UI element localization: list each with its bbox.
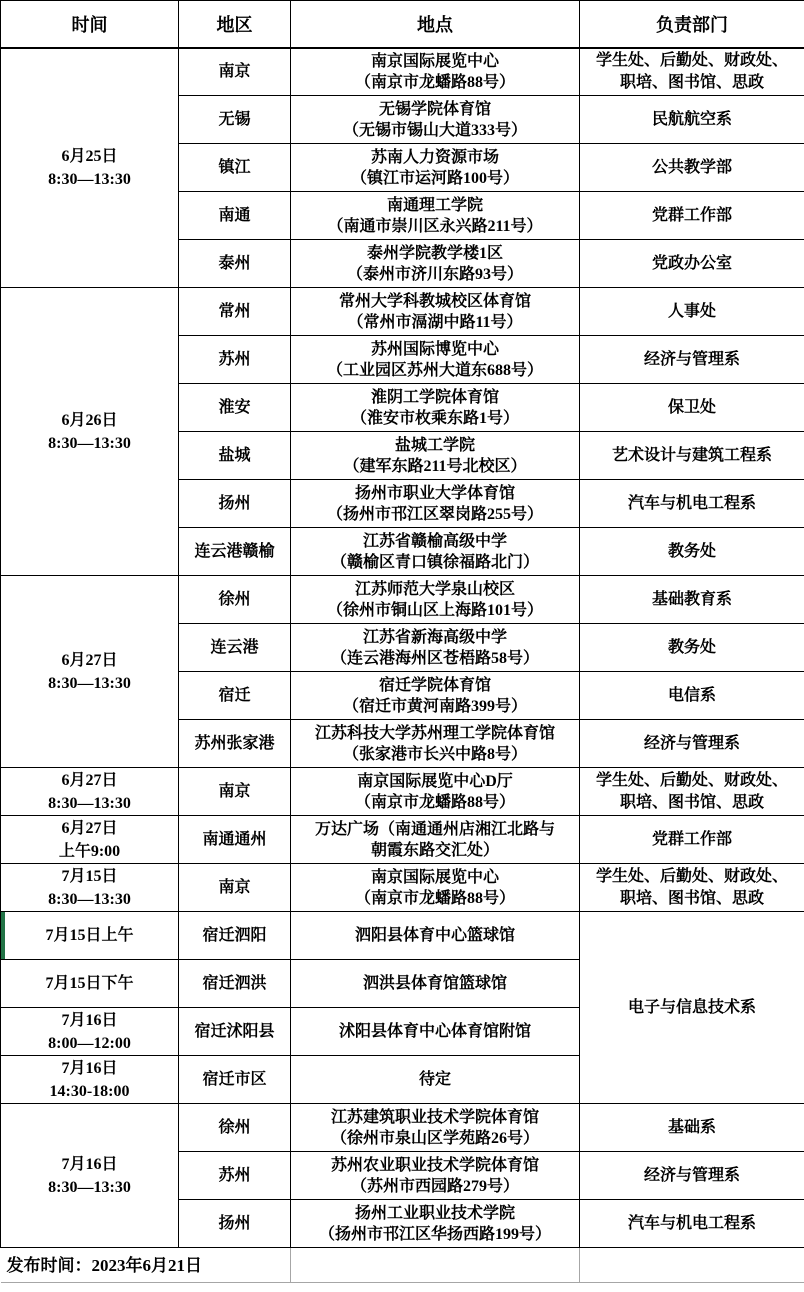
region-text: 南京 — [179, 877, 290, 898]
region-cell: 无锡 — [179, 96, 291, 144]
place-text: 沭阳县体育中心体育馆附馆 — [291, 1021, 579, 1042]
place-text: （南京市龙蟠路88号） — [291, 72, 579, 93]
time-cell: 6月27日8:30—13:30 — [1, 768, 179, 816]
dept-text: 职培、图书馆、思政 — [580, 72, 804, 94]
dept-cell: 保卫处 — [580, 384, 804, 432]
place-cell: 待定 — [291, 1056, 580, 1104]
place-text: （南京市龙蟠路88号） — [291, 792, 579, 813]
table-row: 6月27日上午9:00南通通州万达广场（南通通州店湘江北路与朝霞东路交汇处）党群… — [1, 816, 804, 864]
table-row: 6月27日8:30—13:30南京南京国际展览中心D厅（南京市龙蟠路88号）学生… — [1, 768, 804, 816]
region-cell: 宿迁市区 — [179, 1056, 291, 1104]
time-cell: 6月27日8:30—13:30 — [1, 576, 179, 768]
place-text: （无锡市锡山大道333号） — [291, 120, 579, 141]
region-cell: 泰州 — [179, 240, 291, 288]
place-cell: 南京国际展览中心（南京市龙蟠路88号） — [291, 48, 580, 96]
place-text: 南京国际展览中心D厅 — [291, 771, 579, 792]
dept-cell: 党群工作部 — [580, 192, 804, 240]
column-header-dept: 负责部门 — [580, 1, 804, 48]
place-text: （建军东路211号北校区） — [291, 456, 579, 477]
time-text: 上午9:00 — [1, 840, 178, 863]
dept-cell: 汽车与机电工程系 — [580, 480, 804, 528]
region-text: 宿迁泗洪 — [179, 973, 290, 994]
place-text: （南京市龙蟠路88号） — [291, 888, 579, 909]
time-text: 6月27日 — [1, 649, 178, 672]
dept-text: 人事处 — [580, 301, 804, 323]
region-cell: 南京 — [179, 768, 291, 816]
dept-text: 党群工作部 — [580, 205, 804, 227]
place-cell: 江苏师范大学泉山校区（徐州市铜山区上海路101号） — [291, 576, 580, 624]
place-text: （徐州市泉山区学苑路26号） — [291, 1128, 579, 1149]
region-cell: 徐州 — [179, 576, 291, 624]
place-text: （工业园区苏州大道东688号） — [291, 360, 579, 381]
region-cell: 扬州 — [179, 1200, 291, 1248]
region-text: 连云港 — [179, 637, 290, 658]
job-fair-schedule-page: 时间 地区 地点 负责部门 6月25日8:30—13:30南京南京国际展览中心（… — [0, 0, 804, 1283]
region-text: 南通 — [179, 205, 290, 226]
place-cell: 苏州农业职业技术学院体育馆（苏州市西园路279号） — [291, 1152, 580, 1200]
place-text: （赣榆区青口镇徐福路北门） — [291, 552, 579, 573]
job-fair-schedule-table: 时间 地区 地点 负责部门 6月25日8:30—13:30南京南京国际展览中心（… — [0, 0, 804, 1283]
place-text: （镇江市运河路100号） — [291, 168, 579, 189]
region-text: 宿迁泗阳 — [179, 925, 290, 946]
dept-text: 基础教育系 — [580, 589, 804, 611]
dept-cell: 艺术设计与建筑工程系 — [580, 432, 804, 480]
dept-cell: 党政办公室 — [580, 240, 804, 288]
place-text: （泰州市济川东路93号） — [291, 264, 579, 285]
dept-text: 教务处 — [580, 541, 804, 563]
region-text: 常州 — [179, 301, 290, 322]
column-header-label: 时间 — [72, 15, 108, 35]
region-cell: 淮安 — [179, 384, 291, 432]
dept-text: 保卫处 — [580, 397, 804, 419]
publish-date-cell: 发布时间：2023年6月21日 — [1, 1248, 291, 1283]
region-text: 宿迁市区 — [179, 1069, 290, 1090]
dept-text: 学生处、后勤处、财政处、 — [580, 866, 804, 888]
time-cell: 7月16日14:30-18:00 — [1, 1056, 179, 1104]
place-text: （常州市滆湖中路11号） — [291, 312, 579, 333]
dept-text: 电信系 — [580, 685, 804, 707]
region-cell: 镇江 — [179, 144, 291, 192]
publish-date-text: 发布时间：2023年6月21日 — [7, 1256, 203, 1275]
dept-cell: 民航航空系 — [580, 96, 804, 144]
place-text: 江苏省新海高级中学 — [291, 627, 579, 648]
region-cell: 南通通州 — [179, 816, 291, 864]
place-cell: 泰州学院教学楼1区（泰州市济川东路93号） — [291, 240, 580, 288]
time-text: 6月25日 — [1, 145, 178, 168]
dept-text: 经济与管理系 — [580, 349, 804, 371]
time-text: 6月27日 — [1, 769, 178, 792]
dept-cell: 学生处、后勤处、财政处、职培、图书馆、思政 — [580, 48, 804, 96]
place-cell: 无锡学院体育馆（无锡市锡山大道333号） — [291, 96, 580, 144]
place-text: 南京国际展览中心 — [291, 867, 579, 888]
time-cell: 6月25日8:30—13:30 — [1, 48, 179, 288]
place-cell: 江苏省赣榆高级中学（赣榆区青口镇徐福路北门） — [291, 528, 580, 576]
place-cell: 南京国际展览中心（南京市龙蟠路88号） — [291, 864, 580, 912]
place-text: 泗阳县体育中心篮球馆 — [291, 925, 579, 946]
place-text: 江苏省赣榆高级中学 — [291, 531, 579, 552]
dept-text: 民航航空系 — [580, 109, 804, 131]
place-text: 待定 — [291, 1069, 579, 1090]
dept-cell: 基础教育系 — [580, 576, 804, 624]
region-cell: 宿迁泗阳 — [179, 912, 291, 960]
region-text: 盐城 — [179, 445, 290, 466]
place-text: 苏州国际博览中心 — [291, 339, 579, 360]
place-cell: 南京国际展览中心D厅（南京市龙蟠路88号） — [291, 768, 580, 816]
region-text: 苏州 — [179, 349, 290, 370]
region-text: 徐州 — [179, 589, 290, 610]
place-cell: 盐城工学院（建军东路211号北校区） — [291, 432, 580, 480]
place-text: （扬州市邗江区华扬西路199号） — [291, 1224, 579, 1245]
dept-text: 汽车与机电工程系 — [580, 1213, 804, 1235]
dept-text: 经济与管理系 — [580, 733, 804, 755]
region-cell: 南通 — [179, 192, 291, 240]
time-cell: 6月27日上午9:00 — [1, 816, 179, 864]
dept-text: 学生处、后勤处、财政处、 — [580, 770, 804, 792]
dept-cell: 学生处、后勤处、财政处、职培、图书馆、思政 — [580, 864, 804, 912]
place-cell: 泗洪县体育馆篮球馆 — [291, 960, 580, 1008]
time-cell: 6月26日8:30—13:30 — [1, 288, 179, 576]
place-text: （宿迁市黄河南路399号） — [291, 696, 579, 717]
time-text: 14:30-18:00 — [1, 1080, 178, 1103]
region-cell: 徐州 — [179, 1104, 291, 1152]
region-cell: 南京 — [179, 48, 291, 96]
region-cell: 宿迁 — [179, 672, 291, 720]
region-cell: 宿迁沭阳县 — [179, 1008, 291, 1056]
place-text: 南通理工学院 — [291, 195, 579, 216]
place-cell: 苏南人力资源市场（镇江市运河路100号） — [291, 144, 580, 192]
dept-cell: 经济与管理系 — [580, 720, 804, 768]
place-cell: 万达广场（南通通州店湘江北路与朝霞东路交汇处） — [291, 816, 580, 864]
time-text: 8:30—13:30 — [1, 432, 178, 455]
place-cell: 江苏建筑职业技术学院体育馆（徐州市泉山区学苑路26号） — [291, 1104, 580, 1152]
time-text: 7月16日 — [1, 1009, 178, 1032]
region-text: 南京 — [179, 61, 290, 82]
place-text: 泗洪县体育馆篮球馆 — [291, 973, 579, 994]
time-cell-selected: 7月15日上午 — [1, 912, 179, 960]
column-header-time: 时间 — [1, 1, 179, 48]
region-text: 连云港赣榆 — [179, 541, 290, 562]
place-text: 苏州农业职业技术学院体育馆 — [291, 1155, 579, 1176]
dept-text: 经济与管理系 — [580, 1165, 804, 1187]
time-text: 7月16日 — [1, 1057, 178, 1080]
region-text: 无锡 — [179, 109, 290, 130]
header-row: 时间 地区 地点 负责部门 — [1, 1, 804, 48]
region-cell: 苏州张家港 — [179, 720, 291, 768]
dept-text: 党群工作部 — [580, 829, 804, 851]
table-row: 6月26日8:30—13:30常州常州大学科教城校区体育馆（常州市滆湖中路11号… — [1, 288, 804, 336]
place-cell: 沭阳县体育中心体育馆附馆 — [291, 1008, 580, 1056]
region-text: 镇江 — [179, 157, 290, 178]
table-row: 6月27日8:30—13:30徐州江苏师范大学泉山校区（徐州市铜山区上海路101… — [1, 576, 804, 624]
place-cell: 苏州国际博览中心（工业园区苏州大道东688号） — [291, 336, 580, 384]
place-text: 江苏师范大学泉山校区 — [291, 579, 579, 600]
time-cell: 7月16日8:00—12:00 — [1, 1008, 179, 1056]
place-text: 盐城工学院 — [291, 435, 579, 456]
time-text: 7月15日上午 — [1, 924, 178, 947]
dept-cell: 教务处 — [580, 624, 804, 672]
place-text: （张家港市长兴中路8号） — [291, 744, 579, 765]
place-text: 苏南人力资源市场 — [291, 147, 579, 168]
place-text: 江苏科技大学苏州理工学院体育馆 — [291, 723, 579, 744]
time-text: 6月27日 — [1, 817, 178, 840]
region-cell: 连云港 — [179, 624, 291, 672]
place-text: 江苏建筑职业技术学院体育馆 — [291, 1107, 579, 1128]
place-text: （连云港海州区苍梧路58号） — [291, 648, 579, 669]
dept-text: 党政办公室 — [580, 253, 804, 275]
place-text: 常州大学科教城校区体育馆 — [291, 291, 579, 312]
dept-text: 公共教学部 — [580, 157, 804, 179]
place-cell: 南通理工学院（南通市崇川区永兴路211号） — [291, 192, 580, 240]
region-text: 徐州 — [179, 1117, 290, 1138]
table-body: 6月25日8:30—13:30南京南京国际展览中心（南京市龙蟠路88号）学生处、… — [1, 48, 804, 1248]
time-text: 8:30—13:30 — [1, 888, 178, 911]
region-cell: 连云港赣榆 — [179, 528, 291, 576]
place-cell: 扬州市职业大学体育馆（扬州市邗江区翠岗路255号） — [291, 480, 580, 528]
region-text: 扬州 — [179, 1213, 290, 1234]
time-text: 8:30—13:30 — [1, 1176, 178, 1199]
region-cell: 苏州 — [179, 336, 291, 384]
table-row: 7月16日8:30—13:30徐州江苏建筑职业技术学院体育馆（徐州市泉山区学苑路… — [1, 1104, 804, 1152]
region-cell: 宿迁泗洪 — [179, 960, 291, 1008]
region-cell: 扬州 — [179, 480, 291, 528]
dept-cell: 经济与管理系 — [580, 1152, 804, 1200]
dept-cell: 基础系 — [580, 1104, 804, 1152]
column-header-region: 地区 — [179, 1, 291, 48]
dept-cell: 公共教学部 — [580, 144, 804, 192]
column-header-label: 地点 — [417, 15, 453, 35]
time-cell: 7月15日8:30—13:30 — [1, 864, 179, 912]
place-cell: 常州大学科教城校区体育馆（常州市滆湖中路11号） — [291, 288, 580, 336]
time-text: 8:30—13:30 — [1, 792, 178, 815]
column-header-label: 负责部门 — [656, 15, 728, 35]
place-text: （南通市崇川区永兴路211号） — [291, 216, 579, 237]
time-text: 7月15日 — [1, 865, 178, 888]
column-header-label: 地区 — [217, 15, 253, 35]
place-cell: 淮阴工学院体育馆（淮安市枚乘东路1号） — [291, 384, 580, 432]
footer-empty-cell — [291, 1248, 580, 1283]
dept-text: 汽车与机电工程系 — [580, 493, 804, 515]
time-text: 6月26日 — [1, 409, 178, 432]
time-text: 7月16日 — [1, 1153, 178, 1176]
dept-cell: 党群工作部 — [580, 816, 804, 864]
place-text: 南京国际展览中心 — [291, 51, 579, 72]
time-text: 8:30—13:30 — [1, 672, 178, 695]
region-cell: 常州 — [179, 288, 291, 336]
time-cell: 7月16日8:30—13:30 — [1, 1104, 179, 1248]
place-text: 扬州市职业大学体育馆 — [291, 483, 579, 504]
dept-cell: 电信系 — [580, 672, 804, 720]
place-text: （苏州市西园路279号） — [291, 1176, 579, 1197]
place-cell: 宿迁学院体育馆（宿迁市黄河南路399号） — [291, 672, 580, 720]
dept-text: 学生处、后勤处、财政处、 — [580, 50, 804, 72]
region-text: 淮安 — [179, 397, 290, 418]
place-text: 泰州学院教学楼1区 — [291, 243, 579, 264]
dept-cell: 汽车与机电工程系 — [580, 1200, 804, 1248]
dept-cell: 教务处 — [580, 528, 804, 576]
time-text: 8:00—12:00 — [1, 1032, 178, 1055]
place-text: 扬州工业职业技术学院 — [291, 1203, 579, 1224]
table-row: 6月25日8:30—13:30南京南京国际展览中心（南京市龙蟠路88号）学生处、… — [1, 48, 804, 96]
footer-row: 发布时间：2023年6月21日 — [1, 1248, 804, 1283]
time-text: 8:30—13:30 — [1, 168, 178, 191]
dept-cell: 电子与信息技术系 — [580, 912, 804, 1104]
place-text: 万达广场（南通通州店湘江北路与 — [291, 819, 579, 840]
dept-text: 基础系 — [580, 1117, 804, 1139]
region-cell: 苏州 — [179, 1152, 291, 1200]
dept-text: 电子与信息技术系 — [580, 997, 804, 1019]
region-text: 苏州张家港 — [179, 733, 290, 754]
region-text: 南通通州 — [179, 829, 290, 850]
dept-text: 艺术设计与建筑工程系 — [580, 445, 804, 467]
place-text: 淮阴工学院体育馆 — [291, 387, 579, 408]
region-text: 扬州 — [179, 493, 290, 514]
dept-text: 职培、图书馆、思政 — [580, 792, 804, 814]
dept-text: 教务处 — [580, 637, 804, 659]
region-text: 宿迁沭阳县 — [179, 1021, 290, 1042]
time-cell: 7月15日下午 — [1, 960, 179, 1008]
region-text: 南京 — [179, 781, 290, 802]
table-row: 7月15日8:30—13:30南京南京国际展览中心（南京市龙蟠路88号）学生处、… — [1, 864, 804, 912]
time-text: 7月15日下午 — [1, 972, 178, 995]
place-text: （徐州市铜山区上海路101号） — [291, 600, 579, 621]
place-cell: 江苏省新海高级中学（连云港海州区苍梧路58号） — [291, 624, 580, 672]
region-text: 泰州 — [179, 253, 290, 274]
place-cell: 江苏科技大学苏州理工学院体育馆（张家港市长兴中路8号） — [291, 720, 580, 768]
place-cell: 扬州工业职业技术学院（扬州市邗江区华扬西路199号） — [291, 1200, 580, 1248]
region-cell: 南京 — [179, 864, 291, 912]
place-text: 宿迁学院体育馆 — [291, 675, 579, 696]
dept-cell: 经济与管理系 — [580, 336, 804, 384]
place-text: 朝霞东路交汇处） — [291, 840, 579, 861]
column-header-place: 地点 — [291, 1, 580, 48]
dept-text: 职培、图书馆、思政 — [580, 888, 804, 910]
region-text: 苏州 — [179, 1165, 290, 1186]
dept-cell: 人事处 — [580, 288, 804, 336]
place-text: （扬州市邗江区翠岗路255号） — [291, 504, 579, 525]
place-text: （淮安市枚乘东路1号） — [291, 408, 579, 429]
dept-cell: 学生处、后勤处、财政处、职培、图书馆、思政 — [580, 768, 804, 816]
place-text: 无锡学院体育馆 — [291, 99, 579, 120]
table-row: 7月15日上午宿迁泗阳泗阳县体育中心篮球馆电子与信息技术系 — [1, 912, 804, 960]
region-cell: 盐城 — [179, 432, 291, 480]
region-text: 宿迁 — [179, 685, 290, 706]
place-cell: 泗阳县体育中心篮球馆 — [291, 912, 580, 960]
footer-empty-cell — [580, 1248, 804, 1283]
